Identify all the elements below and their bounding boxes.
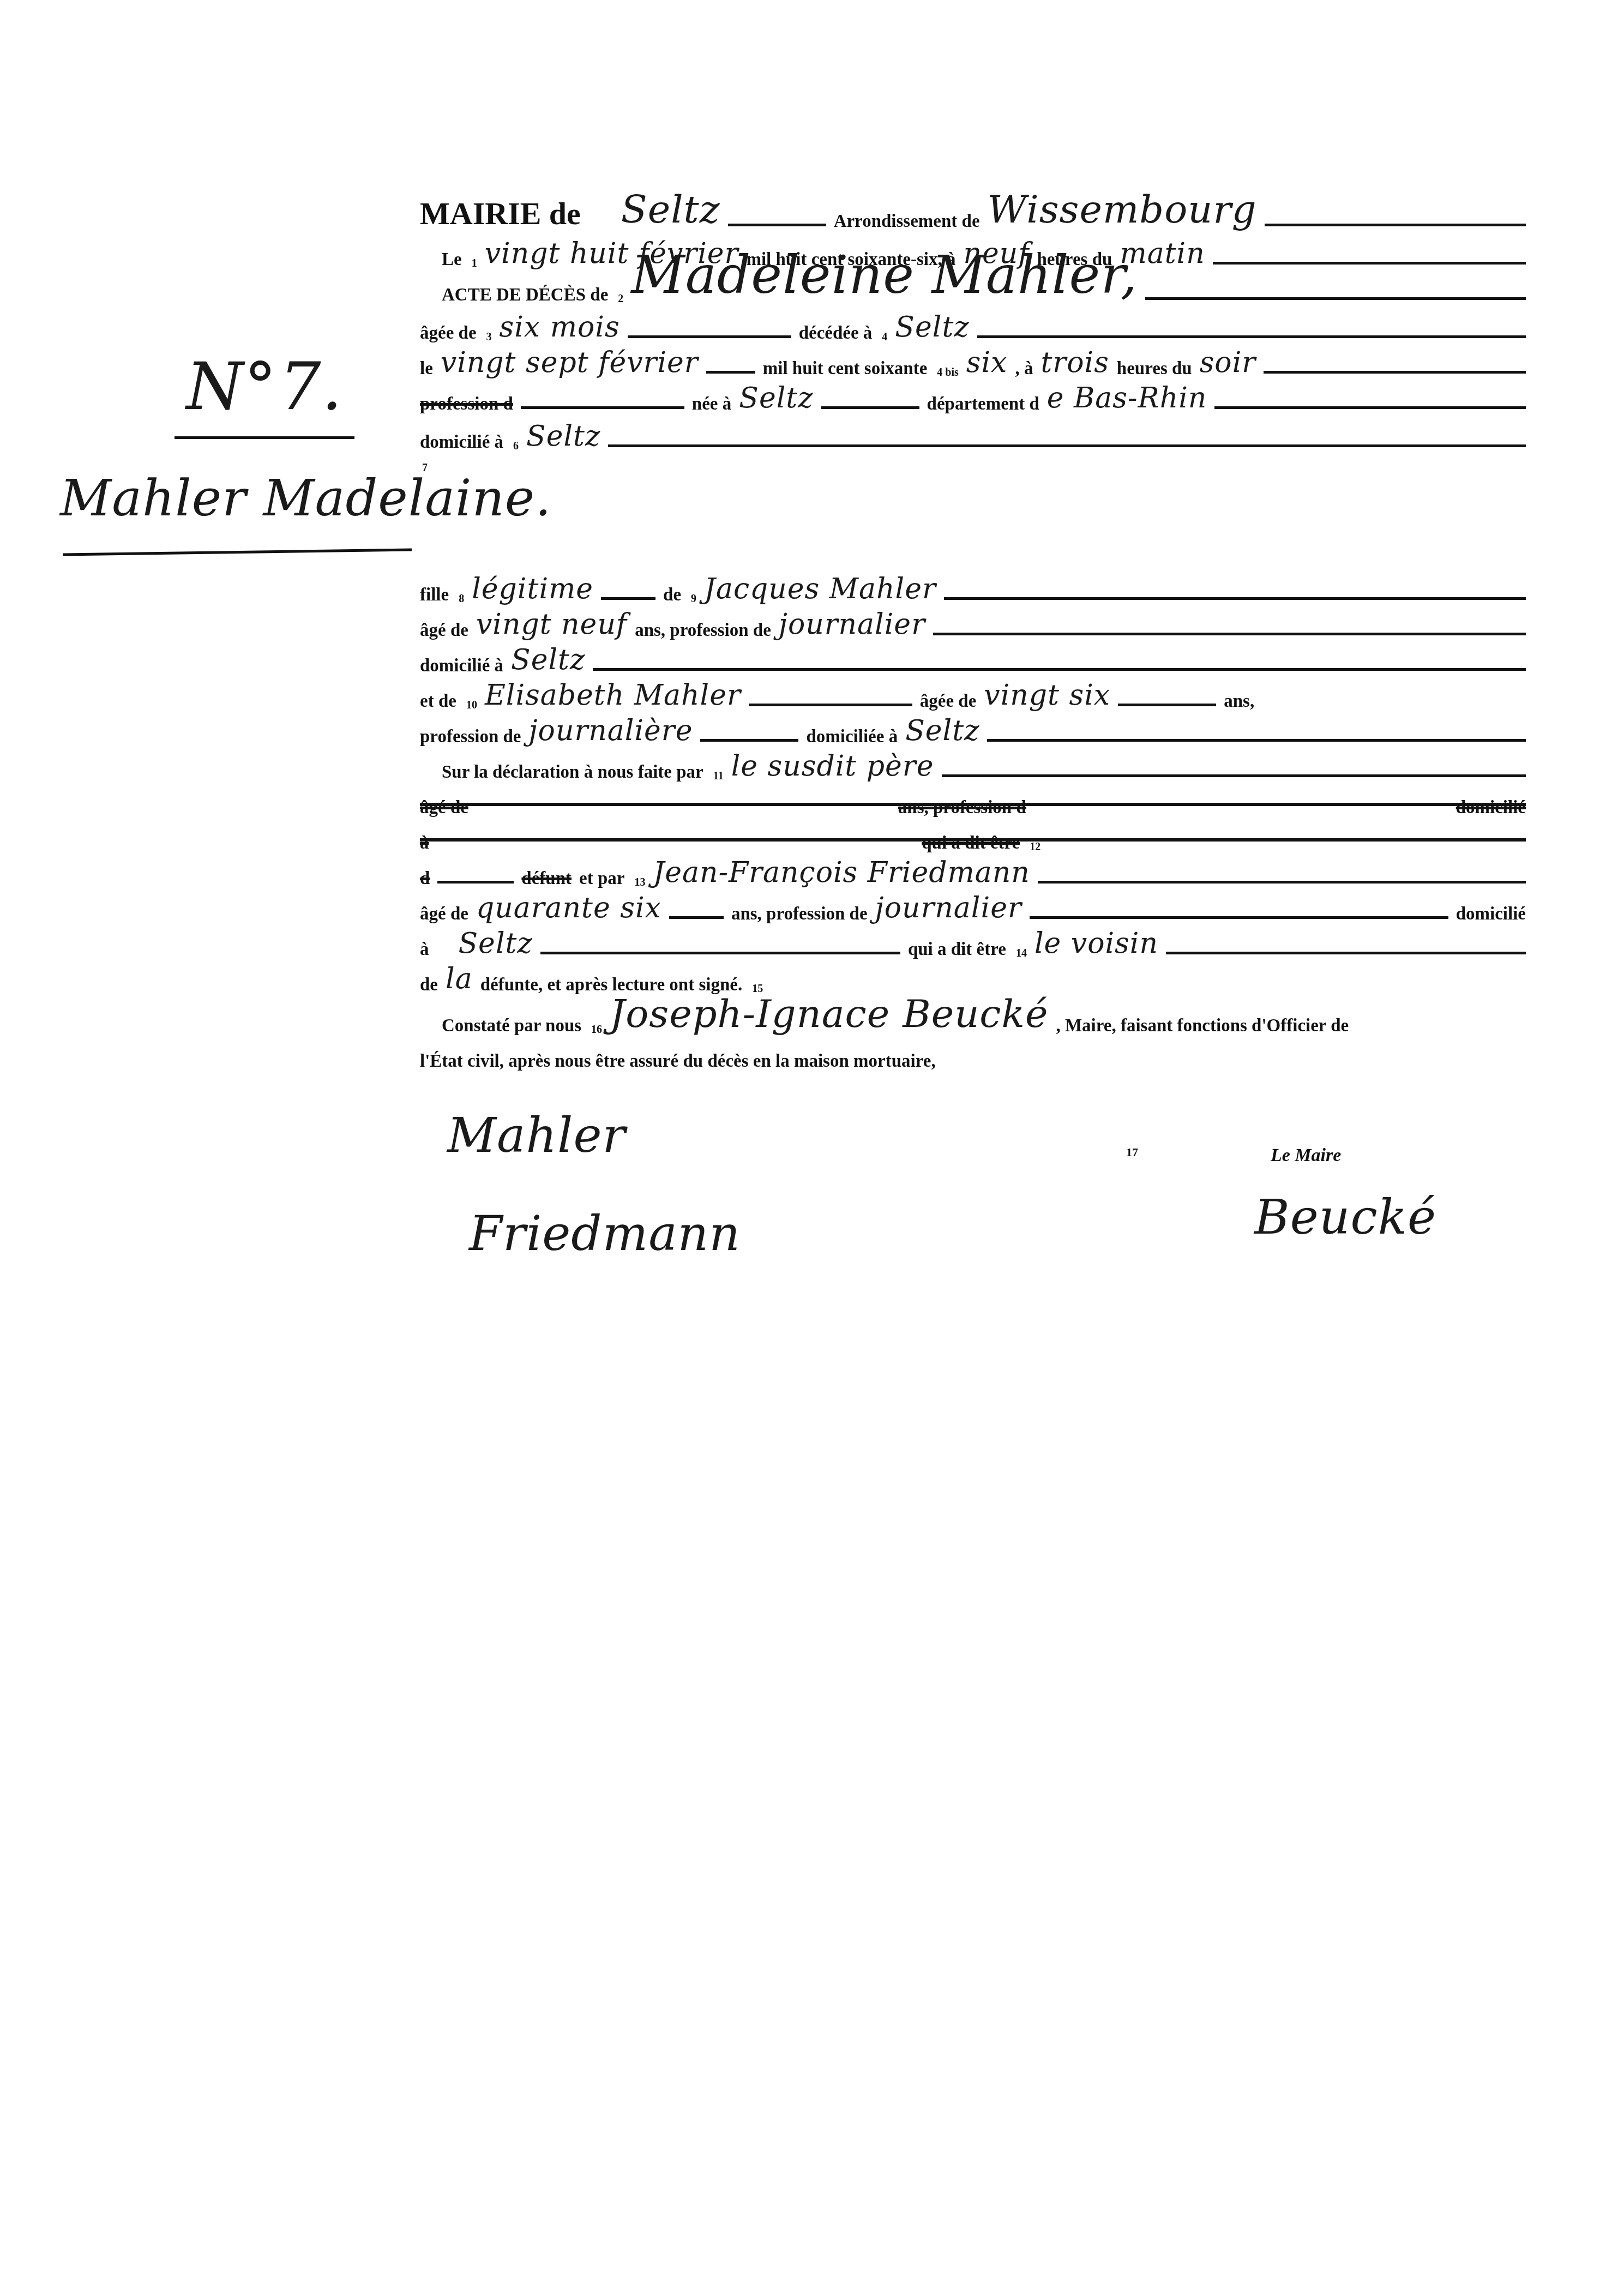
row-struck-relation: à qui a dit être12 bbox=[420, 815, 1526, 854]
row-age: âgée de3 six mois décédée à4 Seltz bbox=[420, 305, 1526, 344]
witness-profession: journalier bbox=[875, 892, 1022, 924]
father-profession: journalier bbox=[779, 608, 925, 641]
blank-line bbox=[593, 668, 1526, 671]
mother-age: vingt six bbox=[984, 679, 1110, 712]
subject-name: Mahler Madelaine. bbox=[60, 469, 551, 527]
birth-place: Seltz bbox=[739, 382, 813, 414]
arrondissement-label: Arrondissement de bbox=[834, 212, 980, 232]
row-constate: Constaté par nous16 Joseph-Ignace Beucké… bbox=[420, 998, 1526, 1036]
witness-name: Jean-François Friedmann bbox=[653, 856, 1030, 889]
row-mother-profession: profession de journalière domiciliée à S… bbox=[420, 709, 1526, 747]
blank-line bbox=[1264, 371, 1526, 374]
row-note7: 7 bbox=[420, 436, 1526, 474]
department-label: département d bbox=[927, 394, 1039, 414]
blank-line bbox=[628, 335, 791, 338]
blank-line bbox=[944, 597, 1526, 600]
signature-witness: Friedmann bbox=[469, 1205, 741, 1261]
row-declaration: Sur la déclaration à nous faite par11 le… bbox=[420, 744, 1526, 783]
mayor-title: Le Maire bbox=[1271, 1145, 1341, 1165]
row-mother: et de10 Elisabeth Mahler âgée de vingt s… bbox=[420, 674, 1526, 712]
mairie-label: MAIRIE de bbox=[420, 195, 581, 232]
footnote-ref: 7 bbox=[422, 462, 428, 474]
signature-text: Mahler bbox=[447, 1107, 626, 1163]
father-age: vingt neuf bbox=[476, 608, 627, 641]
row-witness-age: âgé de quarante six ans, profession de j… bbox=[420, 886, 1526, 924]
acte-label: ACTE DE DÉCÈS de bbox=[442, 285, 608, 305]
footnote-ref: 2 bbox=[618, 293, 623, 305]
commune: Seltz bbox=[621, 187, 720, 232]
etat-civil-text: l'État civil, après nous être assuré du … bbox=[420, 1051, 936, 1072]
row-struck-age: âgé de ans, profession d domicilié bbox=[420, 780, 1526, 818]
row-mairie: MAIRIE de Seltz Arrondissement de Wissem… bbox=[420, 194, 1526, 232]
record-number-label: N° bbox=[186, 349, 277, 425]
born-label: née à bbox=[692, 394, 731, 414]
signature-father: Mahler bbox=[447, 1107, 626, 1163]
officer-name: Joseph-Ignace Beucké bbox=[610, 991, 1048, 1036]
row-etat-civil: l'État civil, après nous être assuré du … bbox=[420, 1033, 1526, 1072]
death-place: Seltz bbox=[895, 311, 969, 344]
blank-line bbox=[942, 774, 1526, 777]
witness-domicile: Seltz bbox=[459, 927, 533, 960]
witness-relation: le voisin bbox=[1034, 927, 1158, 960]
row-acte: ACTE DE DÉCÈS de2 Madeleine Mahler, bbox=[420, 267, 1526, 305]
row-witness: d défunt et par13 Jean-François Friedman… bbox=[420, 851, 1526, 889]
blank-line bbox=[437, 881, 514, 883]
signature-text: Friedmann bbox=[469, 1205, 741, 1261]
profession-label-struck: profession d bbox=[420, 394, 513, 414]
row-closing: de la défunte, et après lecture ont sign… bbox=[420, 957, 1526, 995]
blank-line bbox=[540, 952, 900, 954]
mother-name: Elisabeth Mahler bbox=[485, 679, 741, 712]
blank-line bbox=[728, 224, 826, 226]
deceased-age: six mois bbox=[500, 311, 620, 344]
declarant: le susdit père bbox=[731, 750, 934, 783]
blank-line bbox=[1166, 952, 1526, 954]
de-label: de bbox=[420, 975, 438, 995]
blank-line bbox=[521, 406, 684, 409]
blank-line bbox=[1145, 297, 1526, 300]
blank-line bbox=[987, 739, 1526, 742]
blank-line bbox=[1265, 224, 1526, 226]
blank-line bbox=[1038, 881, 1526, 883]
blank-line bbox=[1214, 406, 1526, 409]
blank-line bbox=[1213, 262, 1526, 265]
filiation-status: légitime bbox=[472, 573, 593, 605]
blank-line bbox=[706, 371, 755, 374]
witness-age: quarante six bbox=[476, 892, 661, 924]
civil-record-page: N° 7. Mahler Madelaine. MAIRIE de Seltz … bbox=[0, 0, 1624, 2296]
row-death-date: le vingt sept février mil huit cent soix… bbox=[420, 341, 1526, 379]
death-hour: trois bbox=[1040, 346, 1109, 379]
blank-line bbox=[749, 704, 912, 706]
blank-line bbox=[821, 406, 919, 409]
footnote-17: 17 bbox=[1126, 1145, 1138, 1159]
row-witness-domicile: à Seltz qui a dit être14 le voisin bbox=[420, 922, 1526, 960]
row-birth: profession d née à Seltz département d e… bbox=[420, 376, 1526, 414]
mother-domicile: Seltz bbox=[905, 714, 979, 747]
record-number: N° 7. bbox=[175, 349, 354, 425]
death-period: soir bbox=[1200, 346, 1256, 379]
record-number-value: 7. bbox=[279, 349, 343, 425]
margin-divider bbox=[175, 436, 354, 439]
blank-line bbox=[977, 335, 1526, 338]
blank-line bbox=[1030, 916, 1448, 919]
row-father-domicile: domicilié à Seltz bbox=[420, 638, 1526, 676]
arrondissement: Wissembourg bbox=[988, 187, 1257, 232]
father-domicile: Seltz bbox=[511, 644, 585, 676]
deceased-name: Madeleine Mahler, bbox=[631, 244, 1138, 305]
margin-divider bbox=[63, 549, 412, 556]
blank-line bbox=[1118, 704, 1216, 706]
blank-line bbox=[700, 739, 798, 742]
father-name: Jacques Mahler bbox=[704, 573, 936, 605]
death-date: vingt sept février bbox=[441, 346, 699, 379]
blank-line bbox=[933, 633, 1526, 635]
blank-line bbox=[669, 916, 724, 919]
signature-mayor: Beucké bbox=[1254, 1189, 1436, 1245]
mayor-label: Le Maire bbox=[1271, 1145, 1341, 1166]
death-year-end: six bbox=[966, 346, 1008, 379]
mother-profession: journalière bbox=[529, 714, 693, 747]
closing-article: la bbox=[446, 963, 473, 995]
signature-text: Beucké bbox=[1254, 1189, 1436, 1245]
margin-subject-name: Mahler Madelaine. bbox=[60, 469, 414, 527]
footnote-ref: 17 bbox=[1126, 1145, 1138, 1159]
row-father-age: âgé de vingt neuf ans, profession de jou… bbox=[420, 603, 1526, 641]
department: e Bas-Rhin bbox=[1047, 382, 1207, 414]
blank-line bbox=[601, 597, 655, 600]
row-filiation: fille8 légitime de9 Jacques Mahler bbox=[420, 567, 1526, 605]
